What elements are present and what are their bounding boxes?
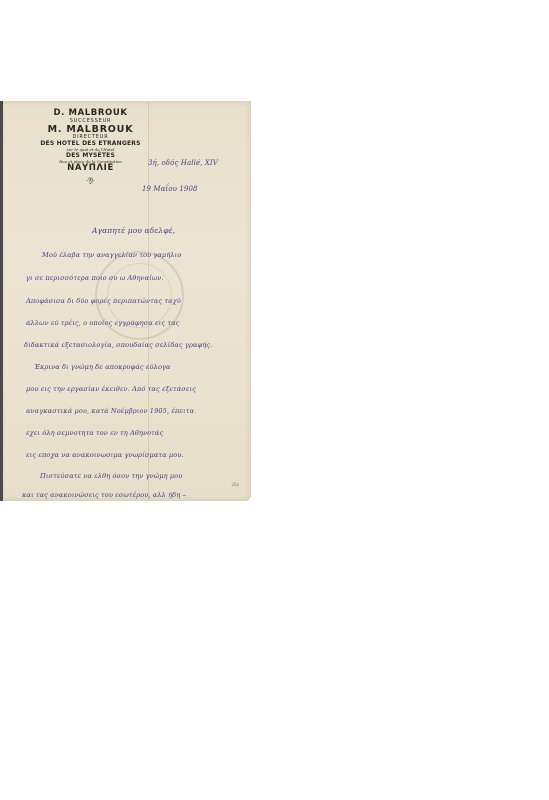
letter-line: Έκρινα δι γνώμη δε αποκρυφάς εύλογα: [34, 363, 171, 371]
letter-line: άλλων εύ τρέις, ο οποίος εγγράφησα εις τ…: [26, 319, 179, 327]
letter-line: διδακτικά εξετασιολογία, σπουδαίας σελίδ…: [24, 341, 212, 349]
emblem-icon: ·𝔜·: [28, 177, 153, 185]
letter-line: εις εποχα να ανακοινωσιμα γνωρίσματα μου…: [26, 451, 184, 459]
date-line: 19 Μαΐου 1908: [142, 185, 198, 193]
letter-line: Πιστεύσατε να ελθη όσον την γνώμη μου: [40, 472, 182, 480]
letter-line: Αποφάσισα δι δύο φορές περιπατώντας ταχύ: [26, 297, 181, 305]
letter-line: αναγκαστικά μου, κατά Νοέμβριον 1905, έπ…: [26, 407, 194, 415]
letterhead: D. MALBROUK SUCCESSEUR M. MALBROUK DIREC…: [28, 109, 153, 185]
letter-line: Μού έλαβα την αναγγελίαν του γαμήλιο: [42, 251, 181, 259]
letter-line: εχει όλη σεμνοτητα τον εν τη Αθηνοτάς: [26, 429, 163, 437]
letter-line: γι σε περισσότερα ποιο συ ω Αθηναίων.: [26, 274, 164, 282]
letter-line: και τας ανακοινώσεις του εσωτέρου, αλλ ή…: [22, 491, 186, 499]
letterhead-line: ΝΑΥΠΛΙΕ: [28, 164, 153, 174]
scan-edge: [0, 101, 3, 501]
letter-line: μου εις την εργασίαν έκειθεν. Από τας εξ…: [26, 385, 196, 393]
salutation: Αγαπητέ μου αδελφέ,: [92, 226, 175, 235]
address-line: 3ή, οδός Hallé, XIV: [148, 159, 218, 167]
page-number: 20a: [231, 482, 239, 487]
letter-page: D. MALBROUK SUCCESSEUR M. MALBROUK DIREC…: [0, 101, 251, 501]
